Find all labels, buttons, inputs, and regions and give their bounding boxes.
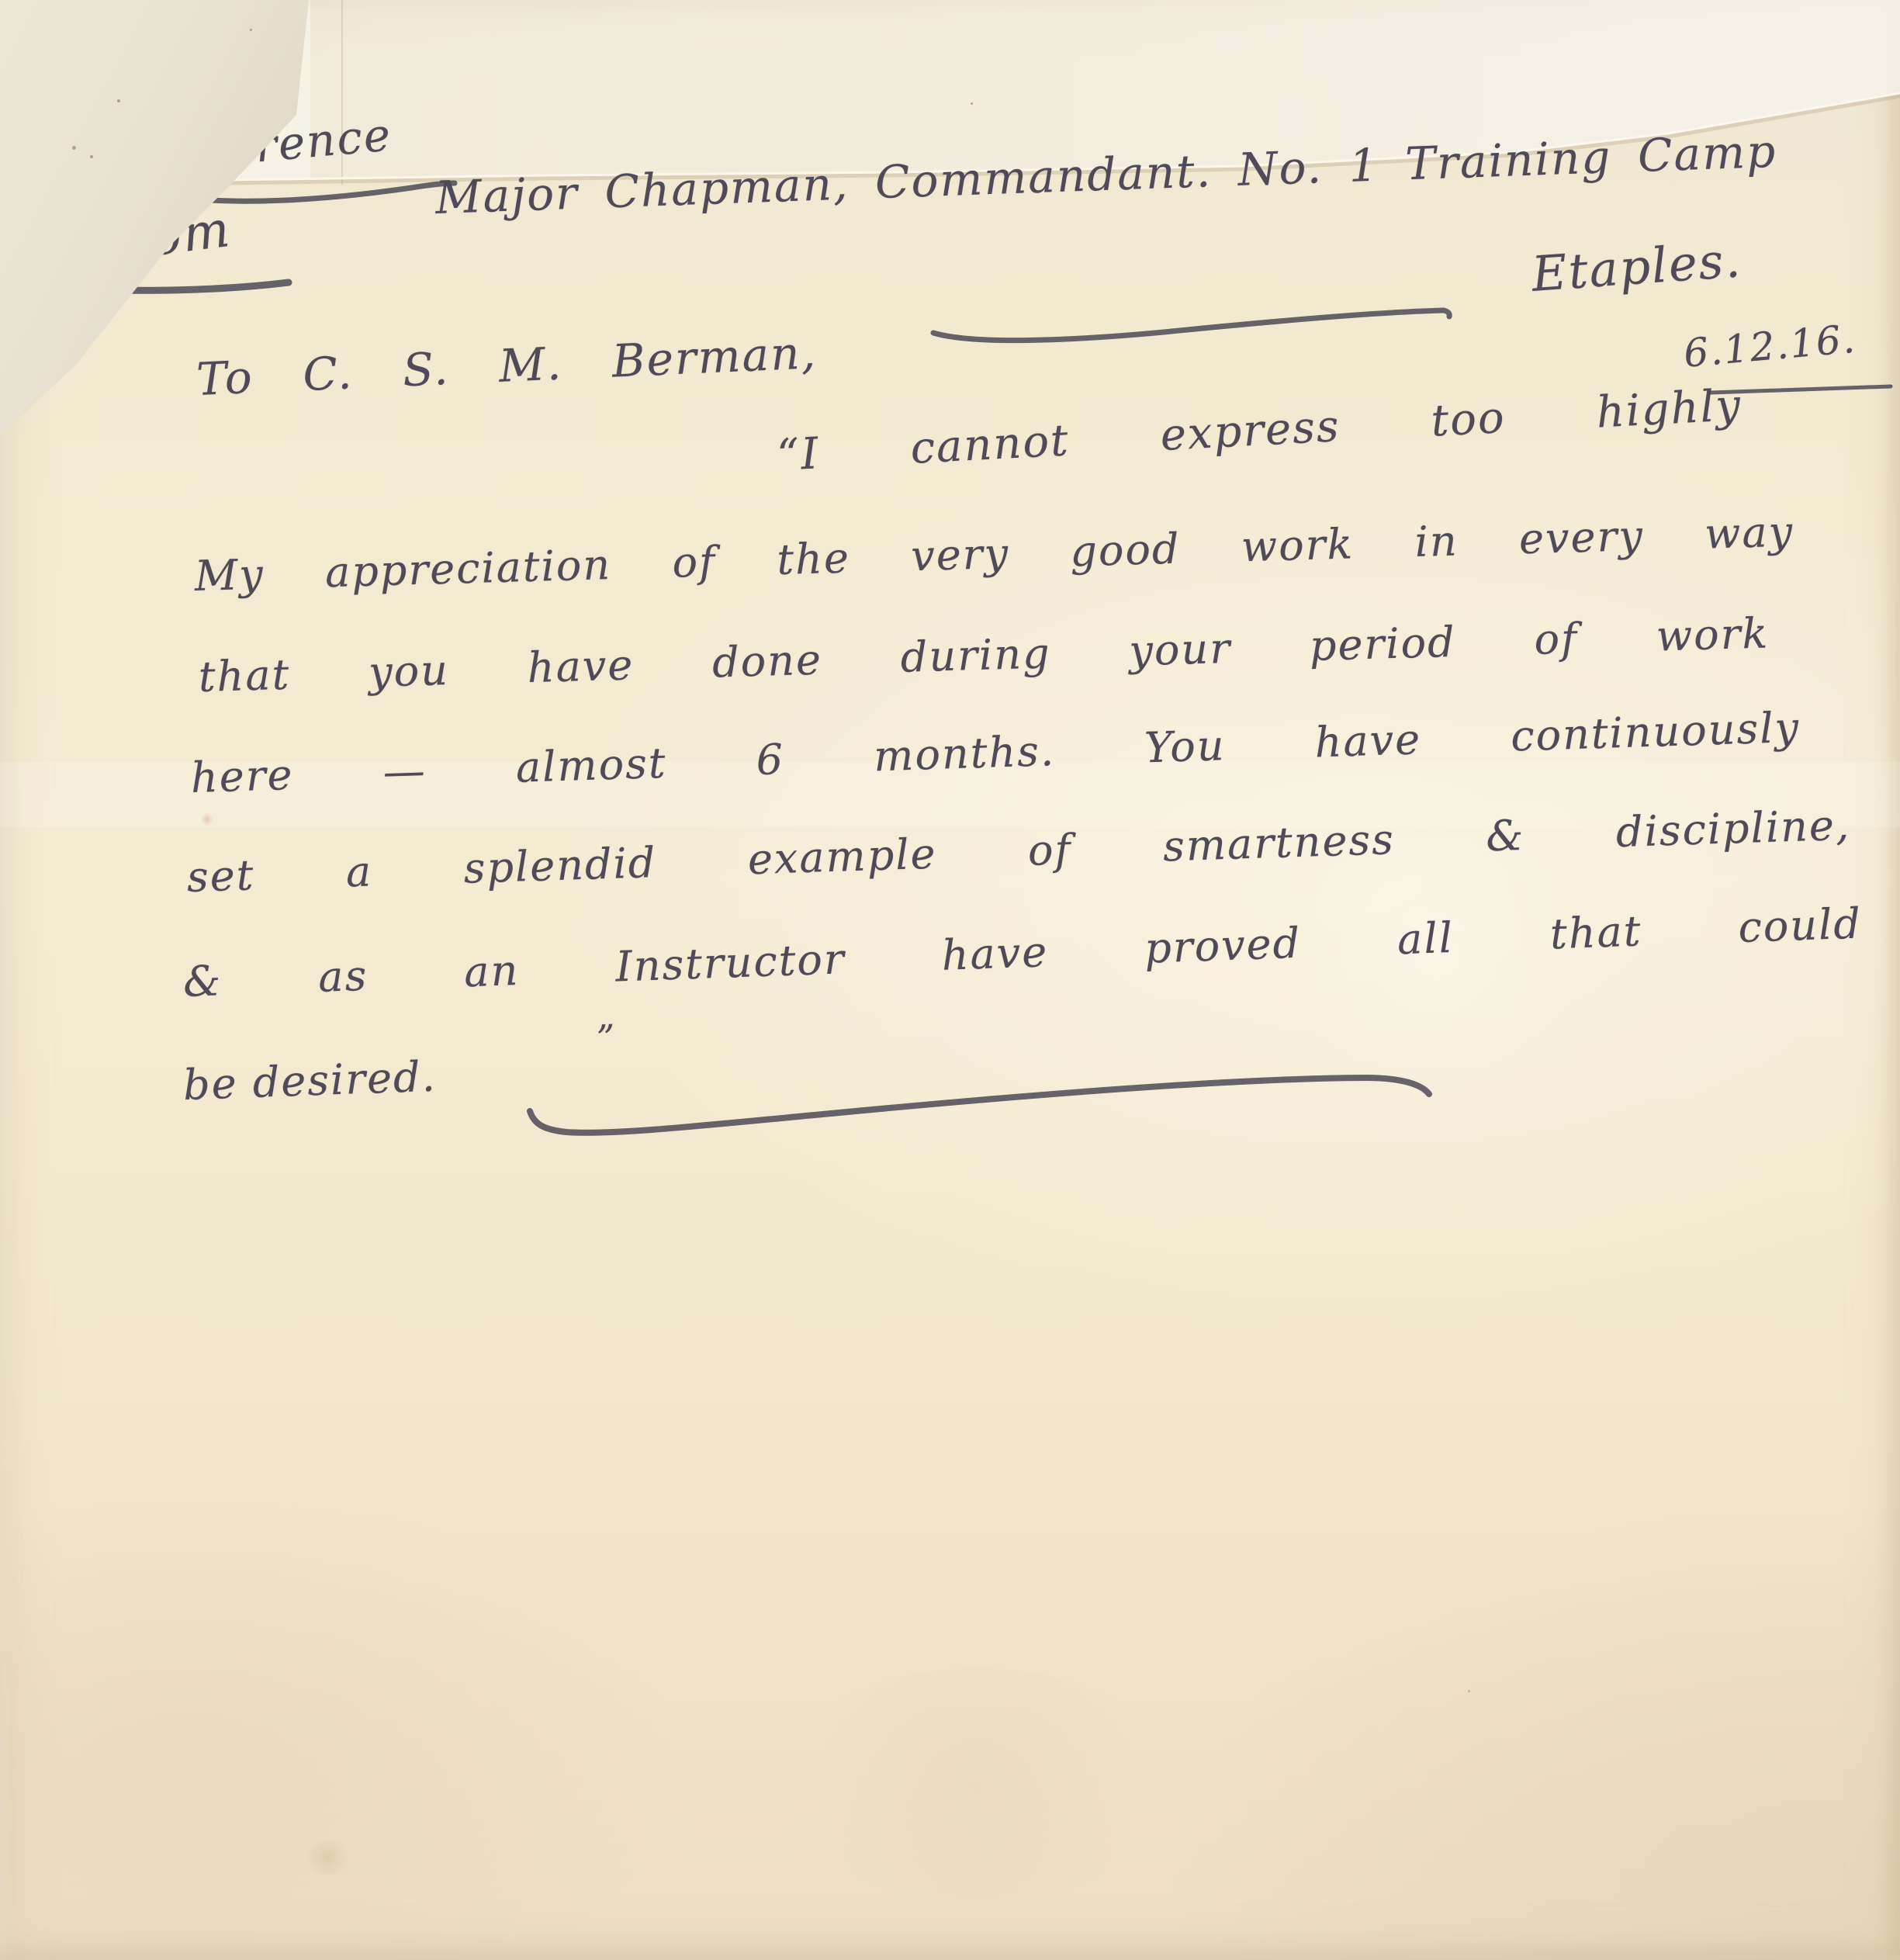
letter-line: be desired.	[182, 1053, 438, 1110]
pinhole	[117, 99, 120, 102]
letter-line: that you have done during your period of…	[198, 609, 1770, 701]
paper-shade-patch	[776, 1668, 1179, 1901]
place-line: Etaples.	[1530, 232, 1743, 302]
paper-speck	[250, 29, 252, 31]
letter-line: & as an Instructor have proved all that …	[182, 899, 1863, 1006]
letter-line: “I cannot express too highly	[776, 381, 1743, 481]
final-flourish	[530, 1078, 1429, 1133]
date-line: 6.12.16.	[1682, 317, 1858, 377]
closing-quote: ”	[596, 1017, 617, 1059]
pinhole	[90, 155, 93, 158]
letter-line: My appreciation of the very good work in…	[194, 507, 1794, 601]
header-swash	[933, 310, 1449, 341]
paper-speck	[971, 102, 973, 105]
paper-stain	[303, 1841, 352, 1875]
salutation-line: To C. S. M. Berman,	[196, 327, 818, 406]
paper-speck	[1468, 1690, 1470, 1692]
pinhole	[72, 146, 76, 150]
paper-stain	[200, 813, 214, 826]
scanned-letter: Reference From Major Chapman, Commandant…	[0, 0, 1900, 1960]
